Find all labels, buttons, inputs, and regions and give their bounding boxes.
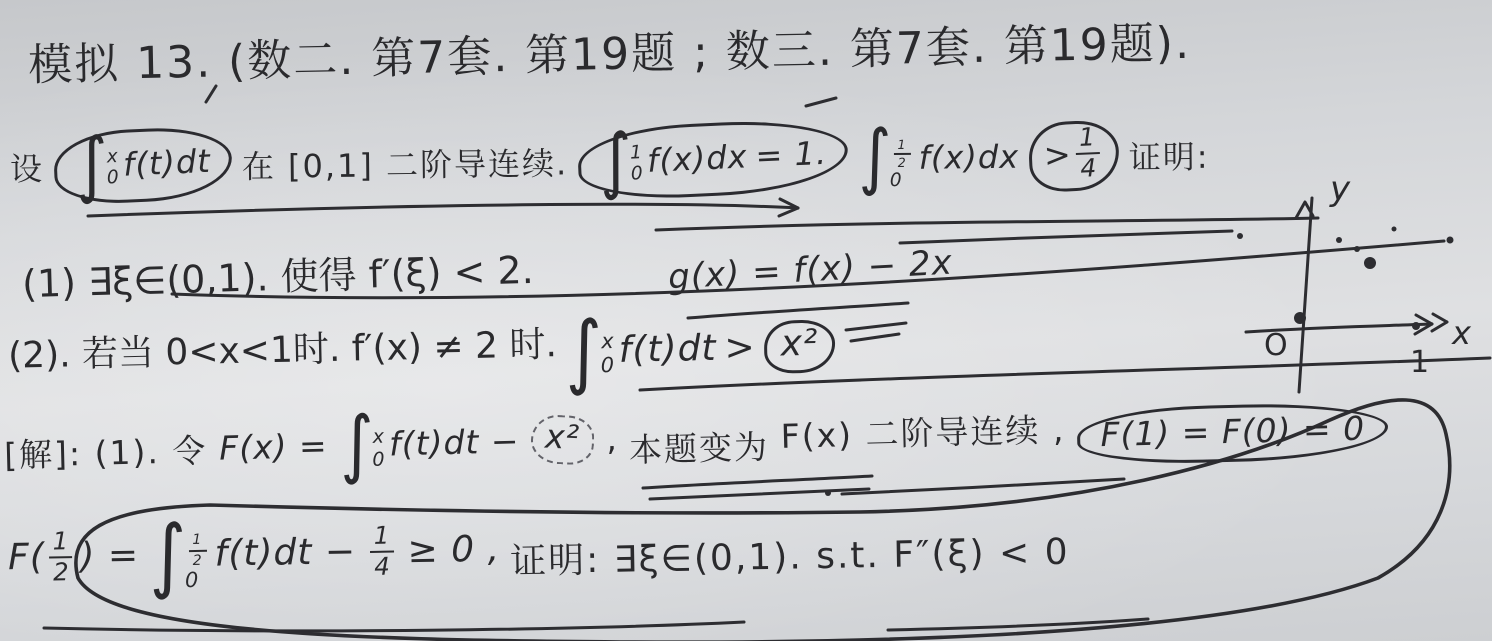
dashed-circled-x-squared: x² xyxy=(530,414,595,466)
circled-boundary-values: F(1) = F(0) = 0 xyxy=(1077,401,1389,466)
underline-final-right xyxy=(888,619,1148,630)
integral-sign: ∫ xyxy=(339,415,376,475)
gx-definition: g(x) = f(x) − 2x xyxy=(667,243,954,298)
integral-condition2: ∫ 1 2 0 f(x)dx xyxy=(858,131,1019,184)
underline-continuity xyxy=(88,204,798,216)
final-prove-text: 证明: ∃ξ∈(0,1). s.t. F″(ξ) < 0 xyxy=(510,524,1070,585)
handwritten-math-notes: y x O 1 模拟 13. (数二. 第7套. 第19题 ; 数三. 第7套.… xyxy=(0,0,1492,641)
aux-note-line: g(x) = f(x) − 2x xyxy=(667,243,954,298)
integral-sign: ∫ xyxy=(564,319,604,384)
underline-becomes xyxy=(643,476,872,499)
small-dot xyxy=(1336,237,1342,243)
page-title: 模拟 13. (数二. 第7套. 第19题 ; 数三. 第7套. 第19题). xyxy=(27,7,1191,93)
part1-line: (1) ∃ξ∈(0,1). 使得 f′(ξ) < 2. xyxy=(21,239,534,308)
upper-bound-fraction: 1 2 xyxy=(188,533,207,568)
origin-label: O xyxy=(1264,328,1288,363)
greater-than: > xyxy=(1043,135,1073,174)
geq-zero: ≥ 0 , xyxy=(407,529,500,572)
circled-x-squared: x² xyxy=(763,320,836,374)
equals-one: = 1. xyxy=(755,133,828,174)
integral-sign: ∫ xyxy=(74,136,111,195)
integrand: f(x)dx xyxy=(918,137,1019,176)
integral-final: ∫ 1 2 0 f(t)dt − xyxy=(149,523,357,584)
numerator: 1 xyxy=(893,138,910,151)
small-dot xyxy=(1354,246,1360,252)
comma: , xyxy=(606,419,617,458)
origin-dot xyxy=(1294,312,1306,324)
underline-cont xyxy=(842,479,1124,494)
integral-sign: ∫ xyxy=(148,523,188,588)
underline-conditions xyxy=(656,218,1318,230)
continuity-text: 在 [0,1] 二阶导连续. xyxy=(242,138,569,187)
numerator: 1 xyxy=(188,533,206,548)
one-quarter-fraction: 1 4 xyxy=(370,524,395,579)
F-continuity-text: F(x) 二阶导连续 , xyxy=(780,404,1066,458)
x-squared: x² xyxy=(545,416,581,457)
underline-condition2 xyxy=(900,231,1232,243)
title-line: 模拟 13. (数二. 第7套. 第19题 ; 数三. 第7套. 第19题). xyxy=(27,7,1191,93)
numerator: 1 xyxy=(370,524,394,549)
arrowhead xyxy=(779,199,798,216)
denominator: 2 xyxy=(188,549,206,568)
F-half-open: F( xyxy=(8,537,45,579)
dash-mark xyxy=(806,98,836,106)
part2-line: (2). 若当 0<x<1时. f′(x) ≠ 2 时. ∫ x 0 f(t)d… xyxy=(7,307,835,382)
x-tick-label: 1 xyxy=(1410,345,1429,380)
denominator: 4 xyxy=(370,550,394,579)
part1-text: (1) ∃ξ∈(0,1). 使得 f′(ξ) < 2. xyxy=(21,239,534,308)
integrand: f(t)dt xyxy=(618,328,717,371)
part2-text: (2). 若当 0<x<1时. f′(x) ≠ 2 时. xyxy=(8,316,558,378)
integral-sign: ∫ xyxy=(598,132,635,191)
axis-sketch: y x O 1 xyxy=(1246,169,1472,392)
solution-line1: [解]: (1). 令 F(x) = ∫ x 0 f(t)dt − x² , 本… xyxy=(4,391,1389,482)
circled-quarter-bound: > 1 4 xyxy=(1028,119,1121,193)
tick-dot xyxy=(1412,322,1420,330)
y-axis-label: y xyxy=(1329,169,1351,209)
set-prefix: 设 xyxy=(10,144,44,190)
F1-equals-F0: F(1) = F(0) = 0 xyxy=(1100,409,1366,454)
one-half-fraction: 1 2 xyxy=(48,529,73,584)
F-half-close: ) = xyxy=(80,535,139,577)
integral-condition1: ∫ 1 0 f(x)dx xyxy=(598,130,749,188)
circled-main-integral: ∫ x 0 f(t)dt xyxy=(52,125,233,206)
circled-condition1: ∫ 1 0 f(x)dx = 1. xyxy=(577,117,850,202)
becomes-text: 本题变为 xyxy=(628,421,769,471)
x-axis-line xyxy=(1246,324,1432,332)
integrand: f(t)dt xyxy=(122,141,211,183)
one-quarter-fraction: 1 4 xyxy=(1075,125,1101,182)
underline-final-left xyxy=(44,622,744,631)
problem-statement-line: 设 ∫ x 0 f(t)dt 在 [0,1] 二阶导连续. ∫ 1 0 f(x)… xyxy=(10,118,1210,204)
double-underline-2x xyxy=(846,323,906,341)
curve-dot xyxy=(1364,257,1376,269)
x-axis-arrow xyxy=(1415,314,1447,334)
integrand: f(t)dt − xyxy=(389,421,520,463)
small-dot xyxy=(1392,227,1397,232)
upper-bound-fraction: 1 2 xyxy=(893,138,910,169)
pen-dot xyxy=(1237,233,1243,239)
greater-than: > xyxy=(724,327,756,369)
pen-dot xyxy=(1447,237,1454,244)
y-axis-line xyxy=(1299,198,1312,392)
integral-part2: ∫ x 0 f(t)dt xyxy=(564,320,717,381)
integral-f-t: ∫ x 0 f(t)dt xyxy=(74,135,212,192)
integrand: f(x)dx xyxy=(646,137,748,180)
denominator: 2 xyxy=(894,153,911,170)
integrand: f(t)dt − xyxy=(214,531,356,574)
integral-bounds: 1 2 0 xyxy=(889,137,914,177)
denominator: 2 xyxy=(49,556,73,585)
integral-bounds: 1 2 0 xyxy=(184,532,211,577)
numerator: 1 xyxy=(1075,125,1100,151)
numerator: 1 xyxy=(48,529,72,554)
y-axis-arrow xyxy=(1296,202,1313,218)
x-axis-label: x xyxy=(1451,314,1472,352)
integral-F-def: ∫ x 0 f(t)dt − xyxy=(339,414,520,471)
pen-dot xyxy=(825,490,831,496)
denominator: 4 xyxy=(1076,152,1101,182)
solve-label: [解]: (1). 令 xyxy=(4,425,208,477)
solution-line2: F( 1 2 ) = ∫ 1 2 0 f(t)dt − 1 4 ≥ 0 , 证明… xyxy=(8,511,1070,587)
x-squared: x² xyxy=(780,323,819,365)
prove-label: 证明: xyxy=(1129,131,1210,178)
F-definition-lhs: F(x) = xyxy=(219,426,328,468)
integral-sign: ∫ xyxy=(858,129,893,187)
